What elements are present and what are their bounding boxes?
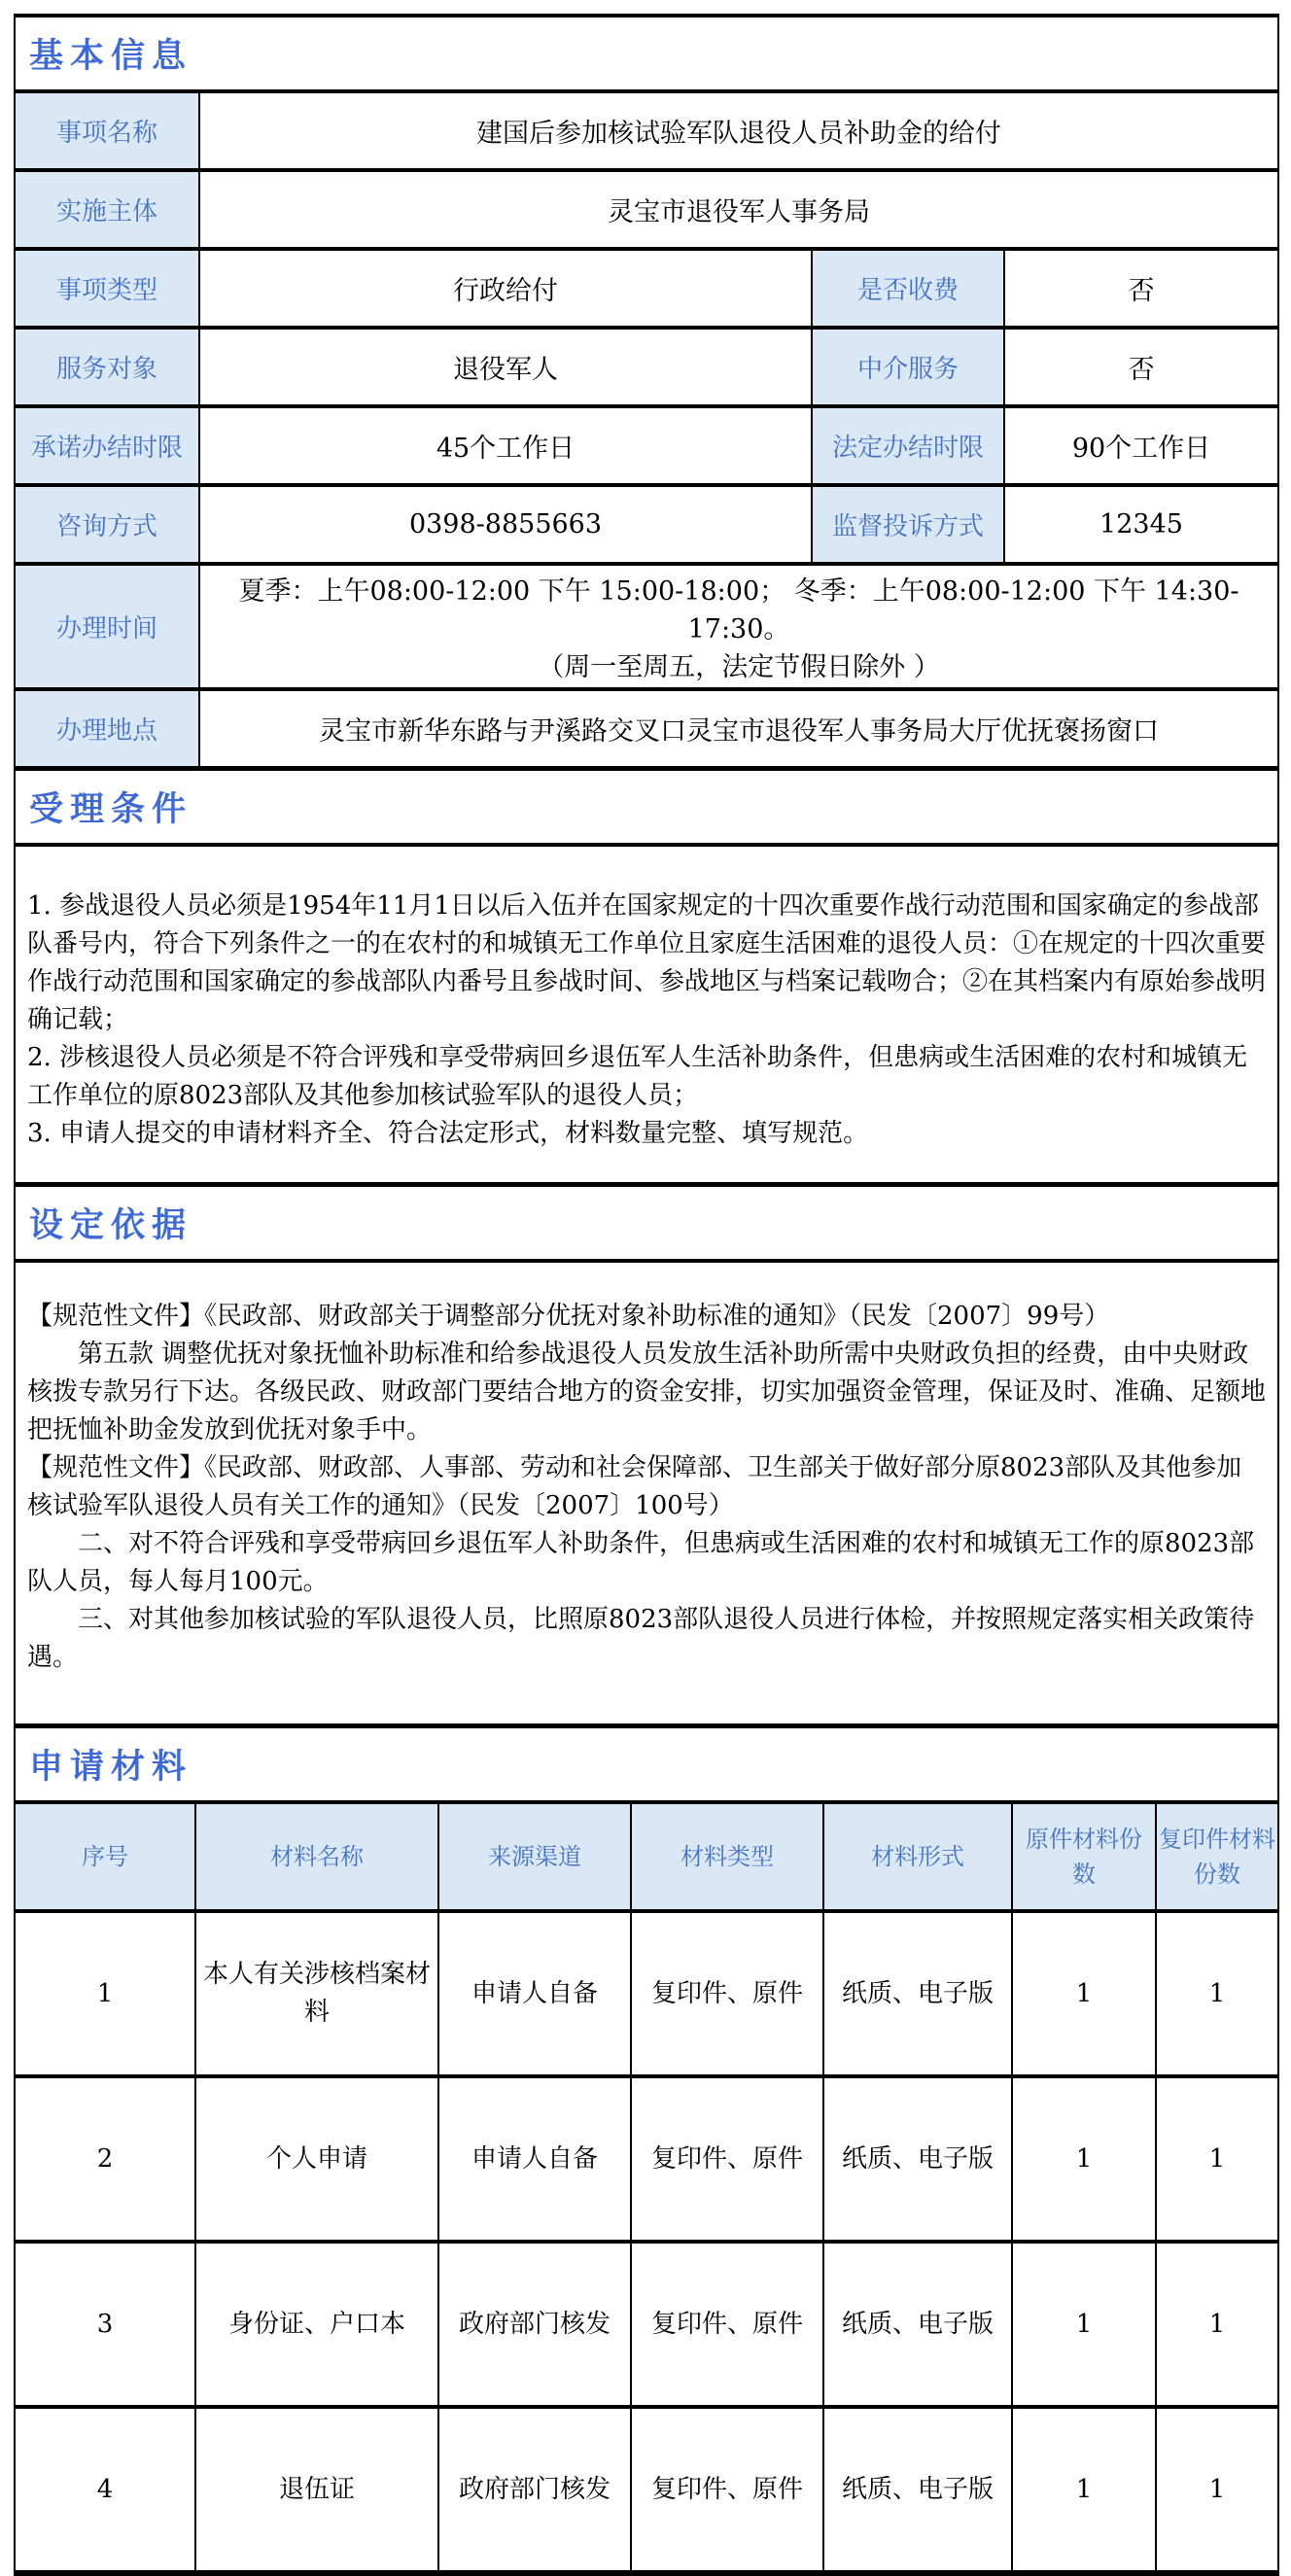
legal-basis-content: 【规范性文件】《民政部、财政部关于调整部分优抚对象补助标准的通知》（民发〔200… bbox=[15, 1261, 1278, 1725]
statutory-deadline-label: 法定办结时限 bbox=[812, 406, 1004, 485]
table-row: 办理地点 灵宝市新华东路与尹溪路交叉口灵宝市退役军人事务局大厅优抚褒扬窗口 bbox=[15, 689, 1278, 768]
implementing-agency-value: 灵宝市退役军人事务局 bbox=[199, 170, 1278, 249]
table-row: 【规范性文件】《民政部、财政部关于调整部分优抚对象补助标准的通知》（民发〔200… bbox=[15, 1261, 1278, 1725]
section-title-materials: 申请材料 bbox=[15, 1726, 1278, 1802]
table-row: 事项类型 行政给付 是否收费 否 bbox=[15, 249, 1278, 328]
service-target-label: 服务对象 bbox=[15, 328, 199, 406]
material-cell-source: 政府部门核发 bbox=[438, 2407, 631, 2573]
section-title-legal-basis: 设定依据 bbox=[15, 1185, 1278, 1261]
legal-basis-table: 设定依据 【规范性文件】《民政部、财政部关于调整部分优抚对象补助标准的通知》（民… bbox=[14, 1183, 1279, 1727]
material-cell-original-copies: 1 bbox=[1012, 2407, 1156, 2573]
material-row: 1 本人有关涉核档案材料 申请人自备 复印件、原件 纸质、电子版 1 1 bbox=[15, 1911, 1278, 2076]
material-cell-name: 身份证、户口本 bbox=[195, 2242, 438, 2407]
condition-paragraph: 2. 涉核退役人员必须是不符合评残和享受带病回乡退伍军人生活补助条件，但患病或生… bbox=[27, 1039, 1266, 1115]
material-cell-form: 纸质、电子版 bbox=[823, 2407, 1012, 2573]
handling-location-label: 办理地点 bbox=[15, 689, 199, 768]
handling-time-line: （周一至周五，法定节假日除外 ） bbox=[208, 645, 1270, 683]
section-title-row: 基本信息 bbox=[15, 16, 1278, 91]
handling-time-line: 夏季：上午08:00-12:00 下午 15:00-18:00； 冬季：上午08… bbox=[208, 570, 1270, 645]
service-guide-document: 基本信息 事项名称 建国后参加核试验军队退役人员补助金的给付 实施主体 灵宝市退… bbox=[14, 14, 1277, 2576]
material-cell-source: 政府部门核发 bbox=[438, 2242, 631, 2407]
material-cell-form: 纸质、电子版 bbox=[823, 1911, 1012, 2076]
material-cell-original-copies: 1 bbox=[1012, 2076, 1156, 2242]
section-title-row: 受理条件 bbox=[15, 769, 1278, 845]
basis-paragraph: 【规范性文件】《民政部、财政部、人事部、劳动和社会保障部、卫生部关于做好部分原8… bbox=[27, 1449, 1266, 1525]
handling-time-value: 夏季：上午08:00-12:00 下午 15:00-18:00； 冬季：上午08… bbox=[199, 564, 1278, 689]
table-row: 承诺办结时限 45个工作日 法定办结时限 90个工作日 bbox=[15, 406, 1278, 485]
material-cell-type: 复印件、原件 bbox=[631, 2407, 823, 2573]
table-row: 服务对象 退役军人 中介服务 否 bbox=[15, 328, 1278, 406]
condition-paragraph: 1. 参战退役人员必须是1954年11月1日以后入伍并在国家规定的十四次重要作战… bbox=[27, 888, 1266, 1039]
statutory-deadline-value: 90个工作日 bbox=[1004, 406, 1278, 485]
table-row: 办理时间 夏季：上午08:00-12:00 下午 15:00-18:00； 冬季… bbox=[15, 564, 1278, 689]
basis-paragraph: 二、对不符合评残和享受带病回乡退伍军人补助条件，但患病或生活困难的农村和城镇无工… bbox=[27, 1525, 1266, 1601]
material-cell-source: 申请人自备 bbox=[438, 1911, 631, 2076]
materials-header-original-copies: 原件材料份数 bbox=[1012, 1802, 1156, 1911]
material-cell-source: 申请人自备 bbox=[438, 2076, 631, 2242]
conditions-content: 1. 参战退役人员必须是1954年11月1日以后入伍并在国家规定的十四次重要作战… bbox=[15, 845, 1278, 1184]
material-cell-duplicate-copies: 1 bbox=[1156, 2407, 1278, 2573]
service-target-value: 退役军人 bbox=[199, 328, 812, 406]
material-cell-name: 退伍证 bbox=[195, 2407, 438, 2573]
item-name-label: 事项名称 bbox=[15, 91, 199, 170]
materials-header-form: 材料形式 bbox=[823, 1802, 1012, 1911]
material-cell-name: 个人申请 bbox=[195, 2076, 438, 2242]
materials-header-seq: 序号 bbox=[15, 1802, 195, 1911]
material-cell-form: 纸质、电子版 bbox=[823, 2242, 1012, 2407]
materials-header-name: 材料名称 bbox=[195, 1802, 438, 1911]
material-cell-form: 纸质、电子版 bbox=[823, 2076, 1012, 2242]
material-cell-seq: 4 bbox=[15, 2407, 195, 2573]
material-cell-duplicate-copies: 1 bbox=[1156, 2076, 1278, 2242]
promised-deadline-label: 承诺办结时限 bbox=[15, 406, 199, 485]
materials-header-duplicate-copies: 复印件材料份数 bbox=[1156, 1802, 1278, 1911]
material-cell-type: 复印件、原件 bbox=[631, 1911, 823, 2076]
section-title-basic-info: 基本信息 bbox=[15, 16, 1278, 91]
material-cell-duplicate-copies: 1 bbox=[1156, 2242, 1278, 2407]
material-cell-seq: 2 bbox=[15, 2076, 195, 2242]
basis-paragraph: 【规范性文件】《民政部、财政部关于调整部分优抚对象补助标准的通知》（民发〔200… bbox=[27, 1298, 1266, 1336]
material-cell-duplicate-copies: 1 bbox=[1156, 1911, 1278, 2076]
supervision-complaint-value: 12345 bbox=[1004, 485, 1278, 564]
material-cell-type: 复印件、原件 bbox=[631, 2076, 823, 2242]
table-row: 事项名称 建国后参加核试验军队退役人员补助金的给付 bbox=[15, 91, 1278, 170]
material-cell-seq: 3 bbox=[15, 2242, 195, 2407]
material-cell-seq: 1 bbox=[15, 1911, 195, 2076]
section-title-row: 设定依据 bbox=[15, 1185, 1278, 1261]
section-title-conditions: 受理条件 bbox=[15, 769, 1278, 845]
material-cell-type: 复印件、原件 bbox=[631, 2242, 823, 2407]
item-name-value: 建国后参加核试验军队退役人员补助金的给付 bbox=[199, 91, 1278, 170]
handling-location-value: 灵宝市新华东路与尹溪路交叉口灵宝市退役军人事务局大厅优抚褒扬窗口 bbox=[199, 689, 1278, 768]
materials-header-source: 来源渠道 bbox=[438, 1802, 631, 1911]
material-cell-original-copies: 1 bbox=[1012, 1911, 1156, 2076]
materials-table: 申请材料 序号 材料名称 来源渠道 材料类型 材料形式 原件材料份数 复印件材料… bbox=[14, 1724, 1279, 2576]
supervision-complaint-label: 监督投诉方式 bbox=[812, 485, 1004, 564]
table-row: 1. 参战退役人员必须是1954年11月1日以后入伍并在国家规定的十四次重要作战… bbox=[15, 845, 1278, 1184]
conditions-table: 受理条件 1. 参战退役人员必须是1954年11月1日以后入伍并在国家规定的十四… bbox=[14, 767, 1279, 1186]
material-row: 3 身份证、户口本 政府部门核发 复印件、原件 纸质、电子版 1 1 bbox=[15, 2242, 1278, 2407]
fee-required-label: 是否收费 bbox=[812, 249, 1004, 328]
materials-header-type: 材料类型 bbox=[631, 1802, 823, 1911]
section-title-row: 申请材料 bbox=[15, 1726, 1278, 1802]
implementing-agency-label: 实施主体 bbox=[15, 170, 199, 249]
basis-paragraph: 三、对其他参加核试验的军队退役人员，比照原8023部队退役人员进行体检，并按照规… bbox=[27, 1601, 1266, 1677]
material-cell-name: 本人有关涉核档案材料 bbox=[195, 1911, 438, 2076]
material-row: 2 个人申请 申请人自备 复印件、原件 纸质、电子版 1 1 bbox=[15, 2076, 1278, 2242]
intermediary-service-label: 中介服务 bbox=[812, 328, 1004, 406]
table-row: 咨询方式 0398-8855663 监督投诉方式 12345 bbox=[15, 485, 1278, 564]
basis-paragraph: 第五款 调整优抚对象抚恤补助标准和给参战退役人员发放生活补助所需中央财政负担的经… bbox=[27, 1336, 1266, 1449]
table-row: 实施主体 灵宝市退役军人事务局 bbox=[15, 170, 1278, 249]
consultation-method-value: 0398-8855663 bbox=[199, 485, 812, 564]
materials-header-row: 序号 材料名称 来源渠道 材料类型 材料形式 原件材料份数 复印件材料份数 bbox=[15, 1802, 1278, 1911]
condition-paragraph: 3. 申请人提交的申请材料齐全、符合法定形式，材料数量完整、填写规范。 bbox=[27, 1115, 1266, 1153]
item-type-value: 行政给付 bbox=[199, 249, 812, 328]
material-cell-original-copies: 1 bbox=[1012, 2242, 1156, 2407]
handling-time-label: 办理时间 bbox=[15, 564, 199, 689]
item-type-label: 事项类型 bbox=[15, 249, 199, 328]
intermediary-service-value: 否 bbox=[1004, 328, 1278, 406]
material-row: 4 退伍证 政府部门核发 复印件、原件 纸质、电子版 1 1 bbox=[15, 2407, 1278, 2573]
fee-required-value: 否 bbox=[1004, 249, 1278, 328]
basic-info-table: 基本信息 事项名称 建国后参加核试验军队退役人员补助金的给付 实施主体 灵宝市退… bbox=[14, 14, 1279, 770]
consultation-method-label: 咨询方式 bbox=[15, 485, 199, 564]
promised-deadline-value: 45个工作日 bbox=[199, 406, 812, 485]
